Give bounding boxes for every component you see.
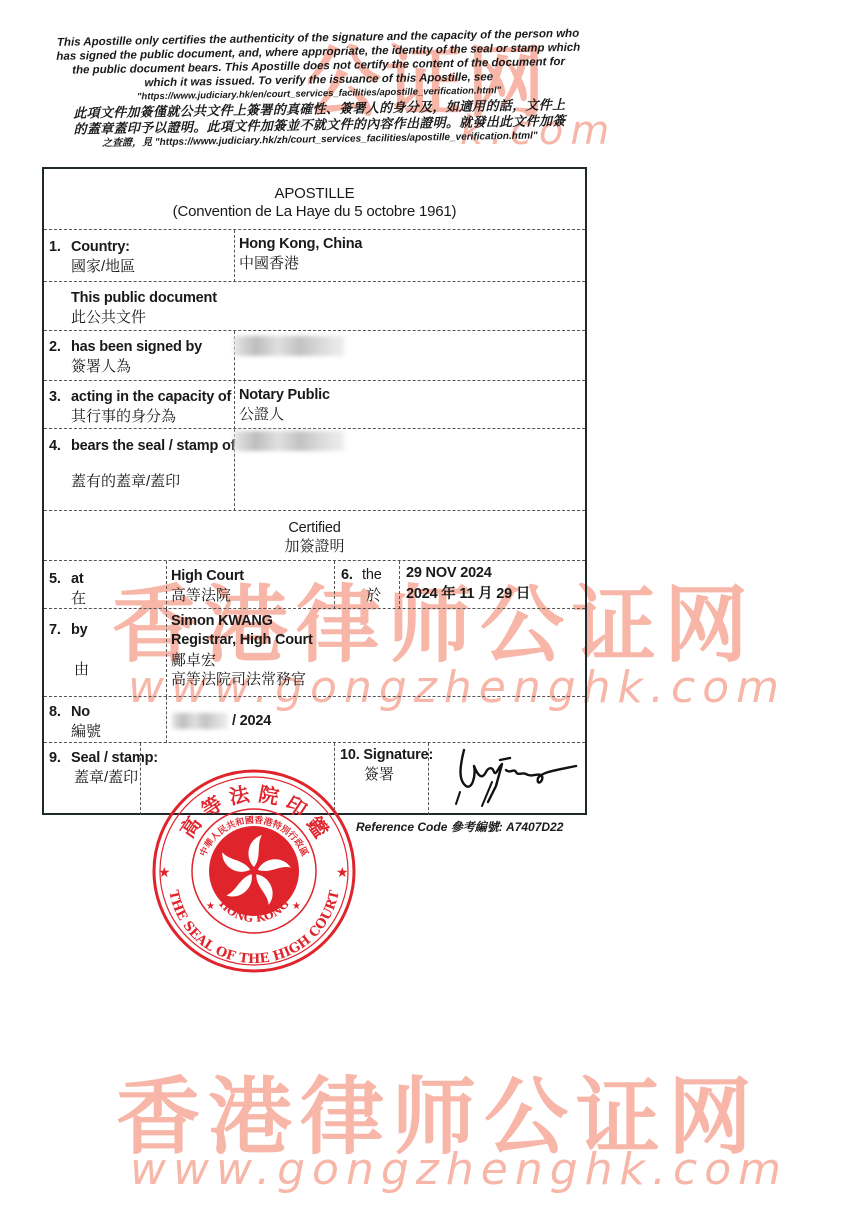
field-public-document: This public document 此公共文件 xyxy=(44,281,585,331)
number-value: / 2024 xyxy=(232,712,271,730)
capacity-label-en: acting in the capacity of xyxy=(71,388,231,406)
certified-en: Certified xyxy=(44,519,585,537)
at-label-en: at xyxy=(71,570,84,588)
date-label-zh: 於 xyxy=(366,586,381,605)
registrar-title-en: Registrar, High Court xyxy=(171,631,313,649)
apostille-certificate: APOSTILLE (Convention de La Haye du 5 oc… xyxy=(42,167,587,815)
svg-text:★: ★ xyxy=(206,901,215,912)
seal-of-label-en: bears the seal / stamp of xyxy=(71,437,235,455)
number-label-zh: 編號 xyxy=(71,722,101,741)
at-value-en: High Court xyxy=(171,567,244,585)
capacity-label-zh: 其行事的身分為 xyxy=(71,407,176,426)
field-by: 7. by 由 Simon KWANG Registrar, High Cour… xyxy=(44,608,585,697)
country-value-zh: 中國香港 xyxy=(239,254,299,273)
signature-label-en: 10. Signature: xyxy=(340,746,433,764)
signer-name-redacted xyxy=(234,336,344,356)
date-value-en: 29 NOV 2024 xyxy=(406,564,492,582)
by-label-en: by xyxy=(71,621,88,639)
svg-text:★: ★ xyxy=(158,864,171,880)
field-signed-by: 2. has been signed by 簽署人為 xyxy=(44,330,585,381)
seal-stamp-label-en: Seal / stamp: xyxy=(71,749,158,767)
country-label-zh: 國家/地區 xyxy=(71,257,135,276)
field-place-date: 5. at 在 High Court 高等法院 6. the 於 29 NOV … xyxy=(44,560,585,609)
registrar-name-zh: 鄺卓宏 xyxy=(171,651,216,670)
high-court-seal: 高 等 法 院 印 鑑 中華人民共和國香港特別行政區 THE SEAL OF T… xyxy=(150,767,358,975)
signed-by-label-en: has been signed by xyxy=(71,338,202,356)
country-value-en: Hong Kong, China xyxy=(239,235,362,253)
public-document-label-en: This public document xyxy=(71,289,217,307)
certificate-title: APOSTILLE xyxy=(44,185,585,203)
registrar-name-en: Simon KWANG xyxy=(171,612,273,630)
number-label-en: No xyxy=(71,703,90,721)
registrar-signature xyxy=(452,746,582,810)
certificate-header: APOSTILLE (Convention de La Haye du 5 oc… xyxy=(44,169,585,229)
date-label-en: the xyxy=(362,566,382,584)
field-country: 1. Country: 國家/地區 Hong Kong, China 中國香港 xyxy=(44,229,585,282)
apostille-disclaimer: This Apostille only certifies the authen… xyxy=(48,27,590,152)
public-document-label-zh: 此公共文件 xyxy=(71,308,146,327)
date-value-zh: 2024 年 11 月 29 日 xyxy=(406,585,530,603)
by-label-zh: 由 xyxy=(74,660,89,679)
registrar-title-zh: 高等法院司法常務官 xyxy=(171,670,306,689)
field-seal-of: 4. bears the seal / stamp of 蓋有的蓋章/蓋印 xyxy=(44,428,585,511)
seal-owner-redacted xyxy=(234,431,344,451)
svg-text:★: ★ xyxy=(292,901,301,912)
capacity-value-zh: 公證人 xyxy=(239,405,284,424)
country-label-en: Country: xyxy=(71,238,130,256)
seal-stamp-label-zh: 蓋章/蓋印 xyxy=(74,768,138,787)
seal-of-label-zh: 蓋有的蓋章/蓋印 xyxy=(71,472,180,491)
watermark-en-bottom: www.gongzhenghk.com xyxy=(130,1144,788,1195)
certified-zh: 加簽證明 xyxy=(44,537,585,556)
certificate-subtitle: (Convention de La Haye du 5 octobre 1961… xyxy=(44,203,585,221)
svg-text:★: ★ xyxy=(336,864,349,880)
watermark-zh-bottom: 香港律师公证网 xyxy=(116,1050,760,1171)
number-redacted xyxy=(172,713,228,729)
signed-by-label-zh: 簽署人為 xyxy=(71,357,131,376)
field-number: 8. No 編號 / 2024 xyxy=(44,696,585,743)
certified-header: Certified 加簽證明 xyxy=(44,510,585,561)
reference-code: Reference Code 參考編號: A7407D22 xyxy=(356,818,563,835)
at-label-zh: 在 xyxy=(71,589,86,608)
capacity-value-en: Notary Public xyxy=(239,386,330,404)
field-capacity: 3. acting in the capacity of 其行事的身分為 Not… xyxy=(44,380,585,429)
signature-label-zh: 簽署 xyxy=(364,765,394,784)
at-value-zh: 高等法院 xyxy=(171,586,231,605)
